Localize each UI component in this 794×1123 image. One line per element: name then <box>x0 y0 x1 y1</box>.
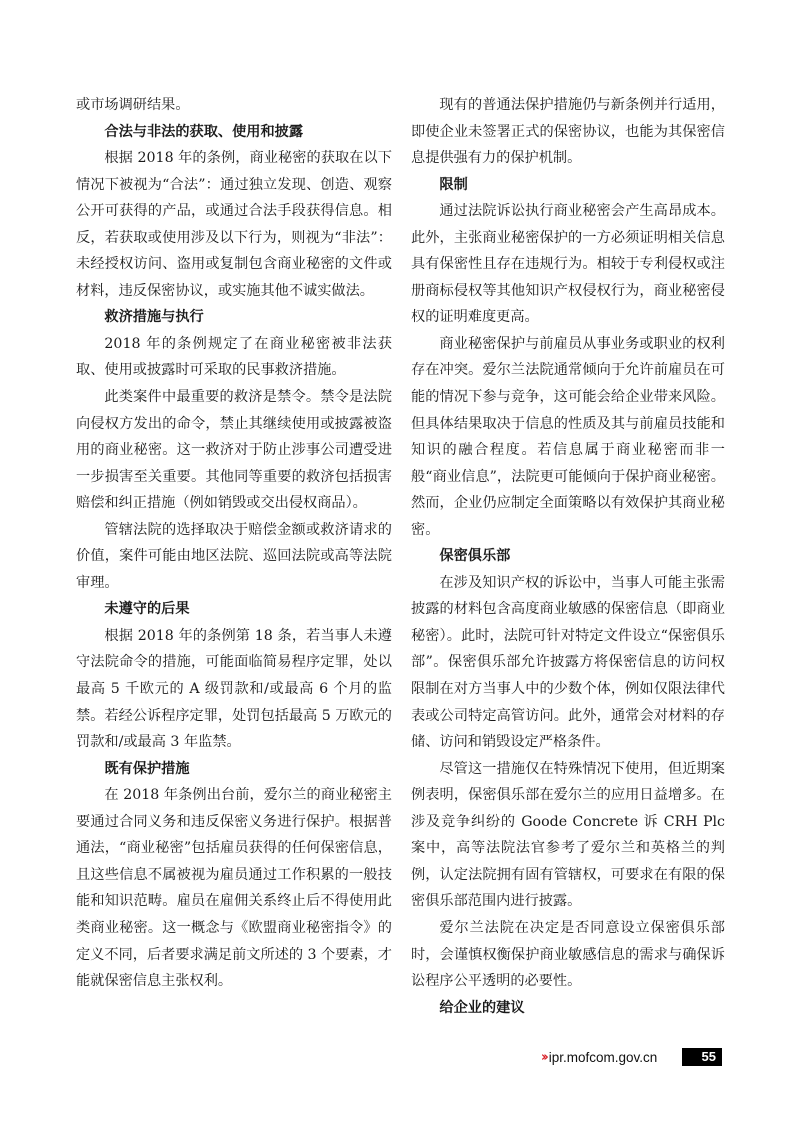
section-heading-acquisition: 合法与非法的获取、使用和披露 <box>76 119 392 146</box>
paragraph: 根据 2018 年的条例，商业秘密的获取在以下情况下被视为“合法”：通过独立发现… <box>76 145 392 304</box>
paragraph: 尽管这一措施仅在特殊情况下使用，但近期案例表明，保密俱乐部在爱尔兰的应用日益增多… <box>411 756 725 915</box>
paragraph: 根据 2018 年的条例第 18 条，若当事人未遵守法院命令的措施，可能面临简易… <box>76 623 392 756</box>
paragraph: 管辖法院的选择取决于赔偿金额或救济请求的价值，案件可能由地区法院、巡回法院或高等… <box>76 517 392 597</box>
paragraph: 或市场调研结果。 <box>76 92 392 119</box>
paragraph: 此类案件中最重要的救济是禁令。禁令是法院向侵权方发出的命令，禁止其继续使用或披露… <box>76 384 392 517</box>
section-heading-non-compliance: 未遵守的后果 <box>76 596 392 623</box>
section-heading-limitations: 限制 <box>411 172 725 199</box>
paragraph: 在 2018 年条例出台前，爱尔兰的商业秘密主要通过合同义务和违反保密义务进行保… <box>76 782 392 994</box>
paragraph: 商业秘密保护与前雇员从事业务或职业的权利存在冲突。爱尔兰法院通常倾向于允许前雇员… <box>411 331 725 543</box>
double-chevron-right-icon: ›› <box>541 1050 546 1065</box>
paragraph: 在涉及知识产权的诉讼中，当事人可能主张需披露的材料包含高度商业敏感的保密信息（即… <box>411 570 725 756</box>
page-footer: ›› ipr.mofcom.gov.cn <box>541 1047 657 1067</box>
paragraph: 通过法院诉讼执行商业秘密会产生高昂成本。此外，主张商业秘密保护的一方必须证明相关… <box>411 198 725 331</box>
paragraph: 现有的普通法保护措施仍与新条例并行适用，即使企业未签署正式的保密协议，也能为其保… <box>411 92 725 172</box>
section-heading-existing-protection: 既有保护措施 <box>76 756 392 783</box>
page-number: 55 <box>682 1048 722 1066</box>
right-column: 现有的普通法保护措施仍与新条例并行适用，即使企业未签署正式的保密协议，也能为其保… <box>411 92 725 1021</box>
footer-url-link[interactable]: ipr.mofcom.gov.cn <box>549 1050 658 1065</box>
section-heading-remedies: 救济措施与执行 <box>76 304 392 331</box>
section-heading-advice: 给企业的建议 <box>411 995 725 1022</box>
left-column: 或市场调研结果。 合法与非法的获取、使用和披露 根据 2018 年的条例，商业秘… <box>76 92 392 995</box>
paragraph: 爱尔兰法院在决定是否同意设立保密俱乐部时，会谨慎权衡保护商业敏感信息的需求与确保… <box>411 915 725 995</box>
paragraph: 2018 年的条例规定了在商业秘密被非法获取、使用或披露时可采取的民事救济措施。 <box>76 331 392 384</box>
section-heading-confidentiality-club: 保密俱乐部 <box>411 543 725 570</box>
